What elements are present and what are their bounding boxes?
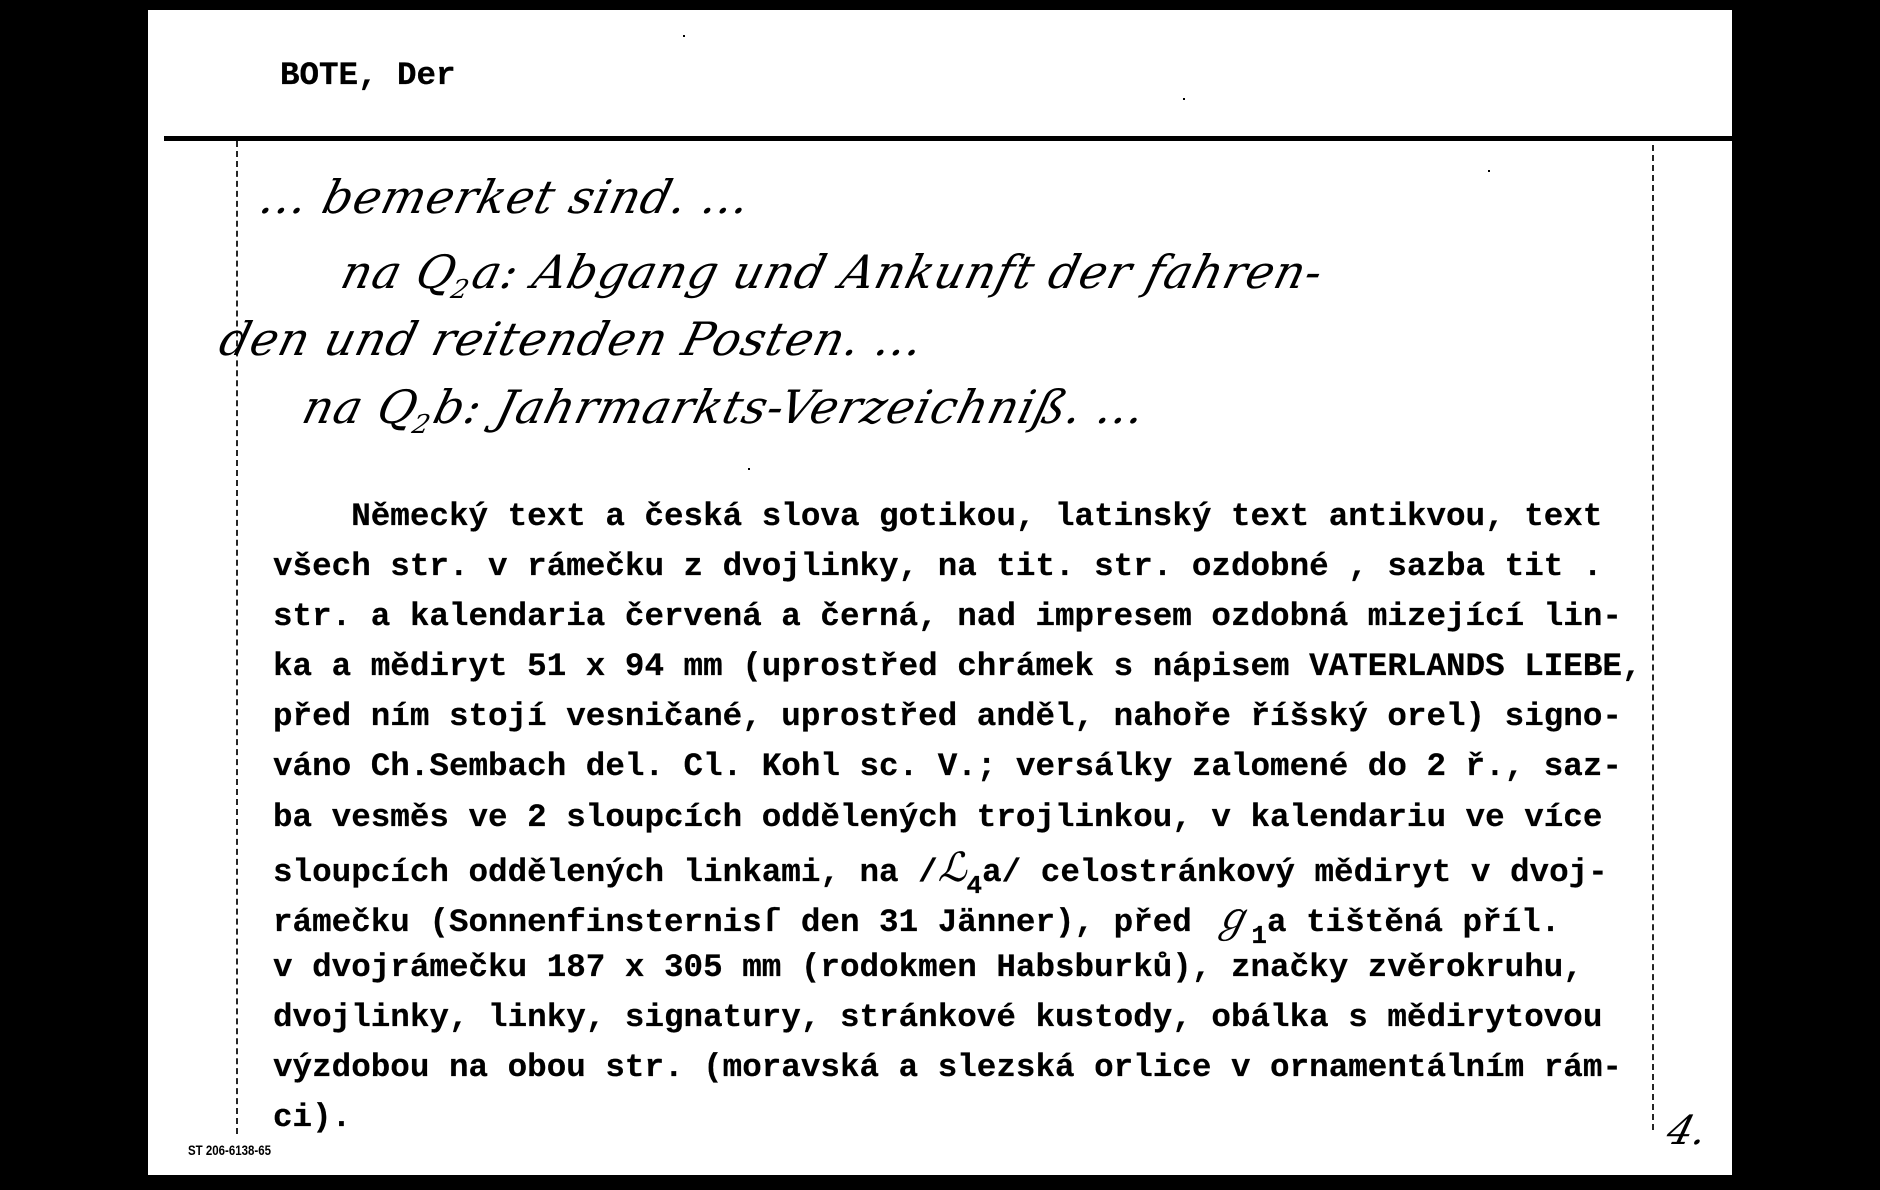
scan-speck <box>1848 570 1850 572</box>
footer-code: ST 206-6138-65 <box>188 1142 271 1158</box>
handwritten-signature-mark: ℒ <box>938 845 967 891</box>
description-line: rámečku (Sonnenfinsternisſ den 31 Jänner… <box>273 893 1642 943</box>
description-line-text: a tištěná příl. <box>1267 904 1560 941</box>
description-line: str. a kalendaria červená a černá, nad i… <box>273 592 1642 642</box>
description-line: výzdobou na obou str. (moravská a slezsk… <box>273 1043 1642 1093</box>
description-line: ka a mědiryt 51 x 94 mm (uprostřed chrám… <box>273 642 1642 692</box>
handwritten-line-4-prefix: na Q <box>297 380 424 434</box>
scan-speck <box>1183 98 1185 100</box>
description-line: váno Ch.Sembach del. Cl. Kohl sc. V.; ve… <box>273 742 1642 792</box>
handwritten-line-1: ... bemerket sind. ... <box>255 170 757 224</box>
scan-speck <box>1488 170 1490 172</box>
handwritten-line-4: na Q2b: Jahrmarkts-Verzeichniß. ... <box>296 380 1152 440</box>
description-text: Německý text a česká slova gotikou, lati… <box>273 492 1642 1143</box>
handwritten-line-3: den und reitenden Posten. ... <box>214 312 930 366</box>
description-line: všech str. v rámečku z dvojlinky, na tit… <box>273 542 1642 592</box>
handwritten-line-2-prefix: na Q <box>336 245 463 299</box>
description-line-text: rámečku (Sonnenfinsternisſ den 31 Jänner… <box>273 904 1211 941</box>
description-line-text: a/ celostránkový mědiryt v dvoj- <box>982 854 1608 891</box>
description-line: dvojlinky, linky, signatury, stránkové k… <box>273 993 1642 1043</box>
description-line: ba vesměs ve 2 sloupcích oddělených troj… <box>273 793 1642 843</box>
handwritten-line-2: na Q2a: Abgang und Ankunft der fahren- <box>334 245 1329 305</box>
description-line: před ním stojí vesničané, uprostřed andě… <box>273 692 1642 742</box>
description-line: Německý text a česká slova gotikou, lati… <box>273 492 1642 542</box>
description-line-text: sloupcích oddělených linkami, na / <box>273 854 938 891</box>
handwritten-notes: ... bemerket sind. ... na Q2a: Abgang un… <box>67 10 1732 334</box>
handwritten-line-2-text: a: Abgang und Ankunft der fahren- <box>467 245 1329 299</box>
scan-speck <box>683 35 685 37</box>
scan-speck <box>748 468 750 470</box>
handwritten-page-number: 4. <box>1662 1108 1712 1154</box>
description-line: sloupcích oddělených linkami, na /ℒ4a/ c… <box>273 843 1642 893</box>
description-line: ci). <box>273 1093 1642 1143</box>
handwritten-signature-mark: ℊ <box>1211 895 1251 941</box>
description-line: v dvojrámečku 187 x 305 mm (rodokmen Hab… <box>273 943 1642 993</box>
handwritten-line-4-text: b: Jahrmarkts-Verzeichniß. ... <box>428 380 1152 434</box>
catalog-card: BOTE, Der ... bemerket sind. ... na Q2a:… <box>148 10 1732 1175</box>
